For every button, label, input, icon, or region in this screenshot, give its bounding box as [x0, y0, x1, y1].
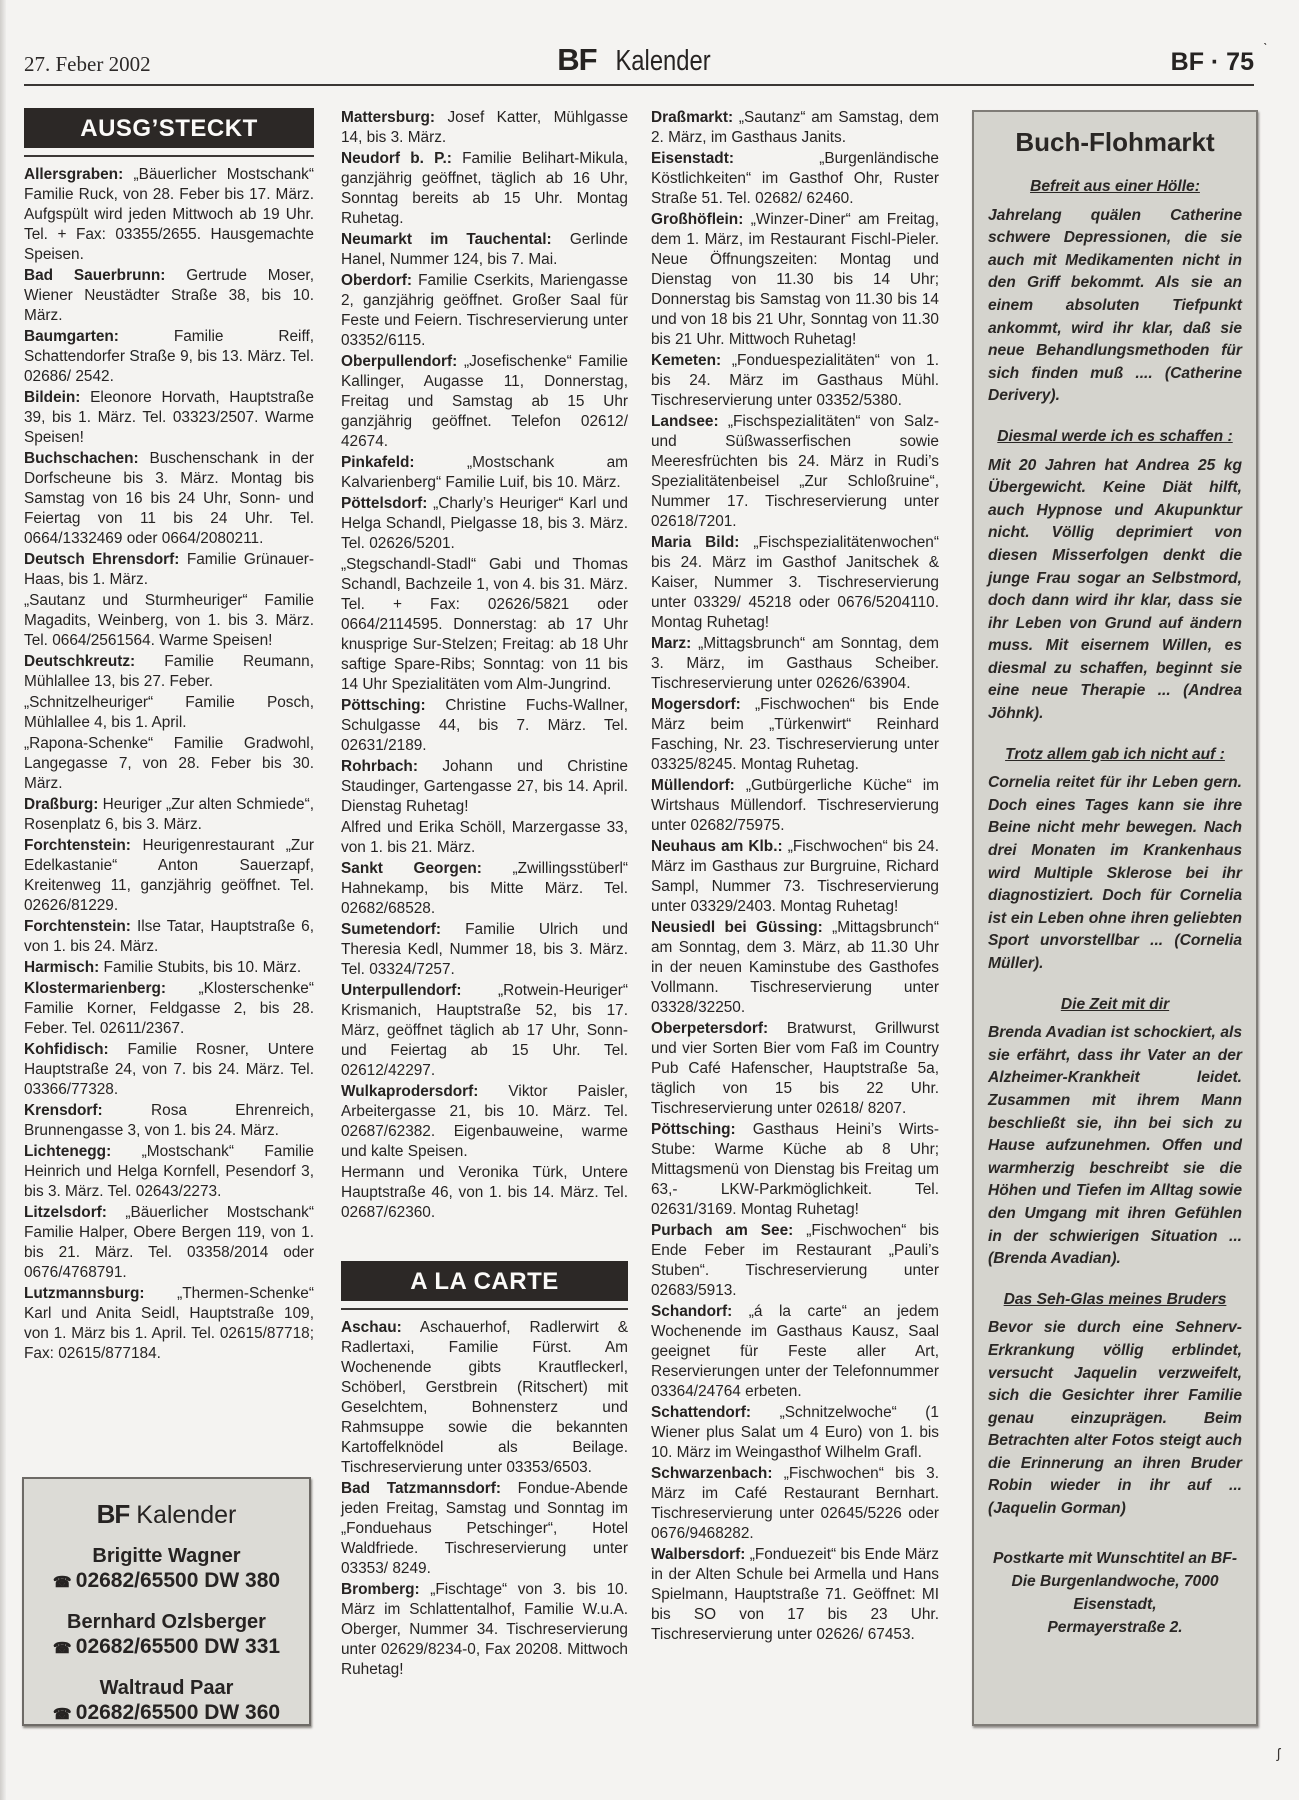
footer-line: Permayerstraße 2. [984, 1616, 1246, 1639]
contact-box-title: BF Kalender [24, 1499, 309, 1530]
listing-place: Eisenstadt: [651, 150, 734, 167]
book-description: Cornelia reitet für ihr Leben gern. Doch… [974, 772, 1256, 975]
listing-entry: Wulkaprodersdorf: Viktor Paisler, Arbeit… [341, 1082, 628, 1162]
footer-line: Die Burgenlandwoche, 7000 [984, 1570, 1246, 1593]
listing-place: Aschau: [341, 1319, 402, 1336]
page-title: BF Kalender [24, 42, 1254, 78]
listing-entry: Draßmarkt: „Sautanz“ am Samstag, dem 2. … [651, 108, 939, 148]
listing-text: „Fischspezialitäten“ von Salz- und Süßwa… [651, 413, 939, 530]
listing-entry: „Rapona-Schenke“ Familie Gradwohl, Lange… [24, 734, 314, 794]
column-2: Mattersburg: Josef Katter, Mühlgasse 14,… [341, 108, 628, 1681]
listing-text: Familie Stubits, bis 10. März. [99, 959, 301, 976]
listing-entry: Oberpullendorf: „Josefischenke“ Familie … [341, 352, 628, 452]
listing-place: Maria Bild: [651, 534, 739, 551]
book-description: Mit 20 Jahren hat Andrea 25 kg Übergewic… [974, 455, 1256, 726]
listing-place: Müllendorf: [651, 777, 735, 794]
listing-entry: Bad Sauerbrunn: Gertrude Moser, Wiener N… [24, 266, 314, 326]
listing-entry: Litzelsdorf: „Bäuerlicher Mostschank“ Fa… [24, 1203, 314, 1283]
listing-entry: Draßburg: Heuriger „Zur alten Schmiede“,… [24, 795, 314, 835]
listing-entry: Marz: „Mittagsbrunch“ am Sonntag, dem 3.… [651, 634, 939, 694]
listing-place: Allersgraben: [24, 166, 123, 183]
listing-entry: Krensdorf: Rosa Ehrenreich, Brunnengasse… [24, 1101, 314, 1141]
buch-flohmarkt-box: Buch-Flohmarkt Befreit aus einer Hölle:J… [972, 110, 1258, 1726]
listing-entry: Hermann und Veronika Türk, Untere Haupts… [341, 1163, 628, 1223]
listing-place: Bad Sauerbrunn: [24, 267, 165, 284]
phone-number: 02682/65500 DW 380 [76, 1569, 280, 1592]
listing-entry: Schandorf: „á la carte“ an jedem Wochene… [651, 1302, 939, 1402]
listing-place: Purbach am See: [651, 1222, 793, 1239]
listing-entry: Purbach am See: „Fischwochen“ bis Ende F… [651, 1221, 939, 1301]
listing-entry: Neusiedl bei Güssing: „Mittagsbrunch“ am… [651, 918, 939, 1018]
listing-place: Buchschachen: [24, 450, 139, 467]
book-description: Jahrelang quälen Catherine schwere Depre… [974, 205, 1256, 408]
listing-place: Schandorf: [651, 1303, 732, 1320]
listing-place: Oberdorf: [341, 272, 412, 289]
book-title: Die Zeit mit dir [974, 994, 1256, 1017]
listing-entry: Harmisch: Familie Stubits, bis 10. März. [24, 958, 314, 978]
listing-text: Hermann und Veronika Türk, Untere Haupts… [341, 1164, 628, 1221]
ausgsteckt-list-part-1: Allersgraben: „Bäuerlicher Mostschank“ F… [24, 165, 314, 1364]
section-name: Kalender [615, 45, 710, 78]
listing-place: Kemeten: [651, 352, 721, 369]
book-title: Befreit aus einer Hölle: [974, 176, 1256, 199]
listing-place: Draßburg: [24, 796, 98, 813]
contact-name: Waltraud Paar [24, 1676, 309, 1700]
listing-place: Sumetendorf: [341, 921, 441, 938]
listing-text: Aschauerhof, Radlerwirt & Radlertaxi, Fa… [341, 1319, 628, 1476]
listing-place: Krensdorf: [24, 1102, 103, 1119]
listing-entry: Eisenstadt: „Burgenländische Köstlichkei… [651, 149, 939, 209]
listing-place: Pinkafeld: [341, 454, 415, 471]
listing-place: Baumgarten: [24, 328, 119, 345]
listing-place: Schattendorf: [651, 1404, 751, 1421]
listing-entry: Unterpullendorf: „Rotwein-Heuriger“ Kris… [341, 981, 628, 1081]
listing-entry: Oberdorf: Familie Cserkits, Mariengasse … [341, 271, 628, 351]
scan-mark: ˋ [1263, 40, 1268, 56]
book-title: Diesmal werde ich es schaffen : [974, 426, 1256, 449]
column-3: Draßmarkt: „Sautanz“ am Samstag, dem 2. … [651, 108, 939, 1646]
listing-entry: Alfred und Erika Schöll, Marzergasse 33,… [341, 818, 628, 858]
contact-phone: ☎ 02682/65500 DW 380 [24, 1568, 309, 1596]
listing-place: Mattersburg: [341, 109, 435, 126]
listing-entry: „Stegschandl-Stadl“ Gabi und Thomas Scha… [341, 555, 628, 695]
listing-text: „Schnitzelheuriger“ Familie Posch, Mühla… [24, 694, 314, 731]
phone-number: 02682/65500 DW 360 [76, 1701, 280, 1724]
listing-entry: Klostermarienberg: „Klosterschenke“ Fami… [24, 979, 314, 1039]
scan-mark: ʃ [1277, 1745, 1280, 1761]
contact-box-section: Kalender [136, 1501, 236, 1529]
brand-logo: BF [97, 1499, 130, 1529]
book-title: Trotz allem gab ich nicht auf : [974, 744, 1256, 767]
listing-entry: Sankt Georgen: „Zwillingsstüberl“ Hahnek… [341, 859, 628, 919]
listing-entry: Walbersdorf: „Fonduezeit“ bis Ende März … [651, 1545, 939, 1645]
contact-list: Brigitte Wagner☎ 02682/65500 DW 380Bernh… [24, 1544, 309, 1728]
listing-place: Klostermarienberg: [24, 980, 166, 997]
listing-place: Litzelsdorf: [24, 1204, 107, 1221]
listing-place: Neudorf b. P.: [341, 150, 452, 167]
listing-entry: Baumgarten: Familie Reiff, Schattendorfe… [24, 327, 314, 387]
listing-place: Rohrbach: [341, 758, 418, 775]
contact-phone: ☎ 02682/65500 DW 360 [24, 1700, 309, 1728]
alacarte-list-part-2: Draßmarkt: „Sautanz“ am Samstag, dem 2. … [651, 108, 939, 1645]
listing-entry: Pöttsching: Christine Fuchs-Wallner, Sch… [341, 696, 628, 756]
footer-line: Postkarte mit Wunschtitel an BF- [984, 1547, 1246, 1570]
book-list: Befreit aus einer Hölle:Jahrelang quälen… [974, 176, 1256, 1521]
listing-entry: Forchtenstein: Heurigenrestaurant „Zur E… [24, 836, 314, 916]
listing-place: Bad Tatzmannsdorf: [341, 1480, 501, 1497]
section-heading-ausgsteckt: AUSG’STECKT [24, 108, 314, 148]
listing-entry: Neudorf b. P.: Familie Belihart-Mikula, … [341, 149, 628, 229]
contact-name: Brigitte Wagner [24, 1544, 309, 1568]
listing-place: Oberpetersdorf: [651, 1020, 768, 1037]
listing-place: Oberpullendorf: [341, 353, 457, 370]
listing-entry: Kemeten: „Fonduespezialitäten“ von 1. bi… [651, 351, 939, 411]
listing-place: Lichtenegg: [24, 1143, 111, 1160]
listing-entry: Bildein: Eleonore Horvath, Hauptstraße 3… [24, 388, 314, 448]
listing-place: Lutzmannsburg: [24, 1285, 145, 1302]
contact-name: Bernhard Ozlsberger [24, 1610, 309, 1634]
section-divider [24, 155, 314, 157]
listing-entry: Bad Tatzmannsdorf: Fondue-Abende jeden F… [341, 1479, 628, 1579]
listing-entry: Schattendorf: „Schnitzelwoche“ (1 Wiener… [651, 1403, 939, 1463]
alacarte-section: A LA CARTE Aschau: Aschauerhof, Radlerwi… [341, 1261, 628, 1680]
listing-entry: Aschau: Aschauerhof, Radlerwirt & Radler… [341, 1318, 628, 1478]
listing-entry: Deutschkreutz: Familie Reumann, Mühlalle… [24, 652, 314, 692]
listing-entry: Pinkafeld: „Mostschank am Kalvarienberg“… [341, 453, 628, 493]
listing-entry: Oberpetersdorf: Bratwurst, Grillwurst un… [651, 1019, 939, 1119]
listing-place: Marz: [651, 635, 691, 652]
listing-entry: Neumarkt im Tauchental: Gerlinde Hanel, … [341, 230, 628, 270]
footer-line: Eisenstadt, [984, 1593, 1246, 1616]
listing-entry: Deutsch Ehrensdorf: Familie Grünauer-Haa… [24, 550, 314, 590]
listing-entry: „Sautanz und Sturmheuriger“ Familie Maga… [24, 591, 314, 651]
listing-place: Kohfidisch: [24, 1041, 109, 1058]
listing-place: Neusiedl bei Güssing: [651, 919, 823, 936]
listing-text: „Sautanz und Sturmheuriger“ Familie Maga… [24, 592, 314, 649]
listing-place: Großhöflein: [651, 211, 743, 228]
telephone-icon: ☎ [53, 1640, 76, 1657]
listing-entry: Forchtenstein: Ilse Tatar, Hauptstraße 6… [24, 917, 314, 957]
listing-place: Neumarkt im Tauchental: [341, 231, 552, 248]
listing-place: Walbersdorf: [651, 1546, 745, 1563]
listing-entry: Buchschachen: Buschenschank in der Dorfs… [24, 449, 314, 549]
listing-entry: Allersgraben: „Bäuerlicher Mostschank“ F… [24, 165, 314, 265]
listing-entry: Mattersburg: Josef Katter, Mühlgasse 14,… [341, 108, 628, 148]
listing-text: Alfred und Erika Schöll, Marzergasse 33,… [341, 819, 628, 856]
telephone-icon: ☎ [53, 1706, 76, 1723]
listing-entry: Schwarzenbach: „Fischwochen“ bis 3. März… [651, 1464, 939, 1544]
listing-place: Pöttsching: [341, 697, 426, 714]
listing-place: Unterpullendorf: [341, 982, 462, 999]
listing-place: Draßmarkt: [651, 109, 733, 126]
listing-text: „Stegschandl-Stadl“ Gabi und Thomas Scha… [341, 556, 628, 693]
listing-place: Bromberg: [341, 1581, 420, 1598]
listing-place: Harmisch: [24, 959, 99, 976]
listing-place: Sankt Georgen: [341, 860, 482, 877]
listing-entry: Mogersdorf: „Fischwochen“ bis Ende März … [651, 695, 939, 775]
column-1: AUSG’STECKT Allersgraben: „Bäuerlicher M… [24, 108, 314, 1365]
listing-text: „Mittagsbrunch“ am Sonntag, dem 3. März,… [651, 635, 939, 692]
listing-place: Bildein: [24, 389, 80, 406]
flohmarkt-footer: Postkarte mit Wunschtitel an BF-Die Burg… [974, 1547, 1256, 1639]
listing-place: Mogersdorf: [651, 696, 741, 713]
listing-place: Schwarzenbach: [651, 1465, 772, 1482]
listing-entry: Maria Bild: „Fischspezialitätenwochen“ b… [651, 533, 939, 633]
listing-text: „Rapona-Schenke“ Familie Gradwohl, Lange… [24, 735, 314, 792]
section-divider [341, 1308, 628, 1310]
listing-entry: Pöttelsdorf: „Charly’s Heuriger“ Karl un… [341, 494, 628, 554]
listing-entry: Sumetendorf: Familie Ulrich und Theresia… [341, 920, 628, 980]
phone-number: 02682/65500 DW 331 [76, 1635, 280, 1658]
listing-entry: „Schnitzelheuriger“ Familie Posch, Mühla… [24, 693, 314, 733]
listing-entry: Großhöflein: „Winzer-Diner“ am Freitag, … [651, 210, 939, 350]
listing-entry: Lutzmannsburg: „Thermen-Schenke“ Karl un… [24, 1284, 314, 1364]
masthead: 27. Feber 2002 BF Kalender BF · 75 [24, 38, 1254, 86]
book-description: Bevor sie durch eine Sehnerv-Erkrankung … [974, 1317, 1256, 1520]
listing-place: Forchtenstein: [24, 918, 131, 935]
listing-place: Neuhaus am Klb.: [651, 838, 783, 855]
listing-entry: Lichtenegg: „Mostschank“ Familie Heinric… [24, 1142, 314, 1202]
book-description: Brenda Avadian ist schockiert, als sie e… [974, 1022, 1256, 1271]
listing-place: Pöttsching: [651, 1121, 736, 1138]
listing-entry: Müllendorf: „Gutbürgerliche Küche“ im Wi… [651, 776, 939, 836]
listing-entry: Pöttsching: Gasthaus Heini’s Wirts-Stube… [651, 1120, 939, 1220]
listing-place: Forchtenstein: [24, 837, 131, 854]
listing-place: Wulkaprodersdorf: [341, 1083, 478, 1100]
listing-place: Pöttelsdorf: [341, 495, 427, 512]
alacarte-list-part-1: Aschau: Aschauerhof, Radlerwirt & Radler… [341, 1318, 628, 1680]
listing-entry: Neuhaus am Klb.: „Fischwochen“ bis 24. M… [651, 837, 939, 917]
listing-entry: Landsee: „Fischspezialitäten“ von Salz- … [651, 412, 939, 532]
telephone-icon: ☎ [53, 1574, 76, 1591]
listing-place: Landsee: [651, 413, 719, 430]
contact-phone: ☎ 02682/65500 DW 331 [24, 1634, 309, 1662]
listing-entry: Rohrbach: Johann und Christine Staudinge… [341, 757, 628, 817]
flohmarkt-title: Buch-Flohmarkt [974, 126, 1256, 158]
brand-logo: BF [557, 42, 596, 77]
page-edge [0, 0, 6, 1800]
page-number: BF · 75 [1171, 48, 1254, 77]
contact-box: BF Kalender Brigitte Wagner☎ 02682/65500… [22, 1477, 311, 1726]
listing-place: Deutschkreutz: [24, 653, 135, 670]
ausgsteckt-list-part-2: Mattersburg: Josef Katter, Mühlgasse 14,… [341, 108, 628, 1223]
book-title: Das Seh-Glas meines Bruders [974, 1289, 1256, 1312]
listing-entry: Bromberg: „Fischtage“ von 3. bis 10. Mär… [341, 1580, 628, 1680]
listing-text: „Winzer-Diner“ am Freitag, dem 1. März, … [651, 211, 939, 348]
listing-place: Deutsch Ehrensdorf: [24, 551, 179, 568]
section-heading-alacarte: A LA CARTE [341, 1261, 628, 1301]
listing-entry: Kohfidisch: Familie Rosner, Untere Haupt… [24, 1040, 314, 1100]
